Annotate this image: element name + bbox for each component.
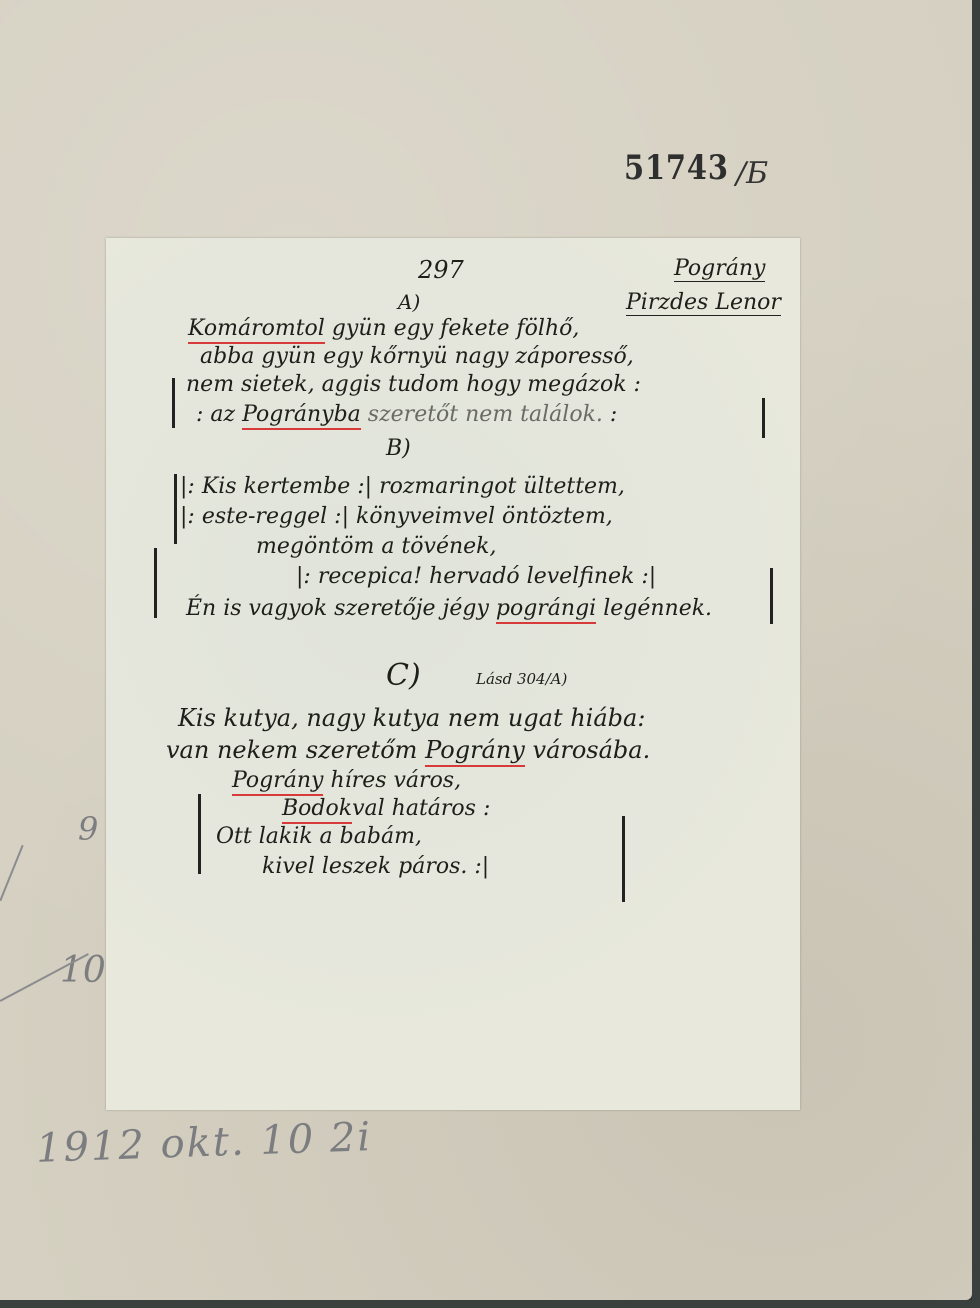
song-line: abba gyün egy kőrnyü nagy záporesső, bbox=[200, 344, 634, 369]
cross-reference: Lásd 304/A) bbox=[476, 670, 567, 688]
song-line: |: recepica! hervadó levelfinek :| bbox=[296, 564, 656, 589]
song-line: van nekem szeretőm Pográny városába. bbox=[166, 736, 650, 764]
underlined-word: Komáromtol bbox=[188, 316, 325, 344]
song-line: : az Pogrányba szeretőt nem találok. : bbox=[196, 402, 617, 427]
repeat-bar bbox=[154, 548, 157, 618]
song-line: Komáromtol gyün egy fekete fölhő, bbox=[188, 316, 579, 341]
archive-stamp-suffix: /Б bbox=[736, 156, 768, 191]
song-line: Én is vagyok szeretője jégy pográngi leg… bbox=[186, 596, 712, 621]
repeat-bar bbox=[174, 474, 177, 544]
song-line: nem sietek, aggis tudom hogy megázok : bbox=[186, 372, 641, 397]
underlined-word: Bodok bbox=[282, 796, 352, 824]
collector-name: Pirzdes Lenor bbox=[626, 290, 781, 316]
song-line: Bodokval határos : bbox=[282, 796, 490, 821]
page-number: 297 bbox=[418, 256, 464, 284]
frame-edge bbox=[0, 1300, 980, 1308]
mounting-board: 51743 /Б 9 10 1912 okt. 10 2i 297 Pográn… bbox=[0, 0, 972, 1300]
repeat-bar bbox=[622, 816, 625, 902]
archive-stamp-number: 51743 bbox=[624, 148, 729, 188]
repeat-bar bbox=[172, 378, 175, 428]
song-line: kivel leszek páros. :| bbox=[262, 854, 489, 879]
underlined-word: Pográny bbox=[425, 736, 525, 767]
pencil-side-mark: 9 bbox=[78, 810, 98, 848]
underlined-word: Pogrányba bbox=[242, 402, 361, 430]
place-name: Pográny bbox=[674, 256, 765, 282]
section-label-a: A) bbox=[398, 290, 420, 314]
song-line: Pográny híres város, bbox=[232, 768, 461, 793]
song-line: megöntöm a tövének, bbox=[256, 534, 496, 559]
section-label-b: B) bbox=[386, 436, 411, 461]
underlined-word: Pográny bbox=[232, 768, 323, 796]
song-line: Kis kutya, nagy kutya nem ugat hiába: bbox=[178, 704, 645, 732]
song-line: |: este-reggel :| könyveimvel öntöztem, bbox=[180, 504, 613, 529]
underlined-word: pográngi bbox=[496, 596, 596, 624]
manuscript-sheet: 297 Pográny Pirzdes Lenor A) Komáromtol … bbox=[106, 238, 800, 1110]
pencil-bottom-note: 1912 okt. 10 2i bbox=[35, 1114, 373, 1172]
section-label-c: C) bbox=[386, 658, 421, 693]
repeat-bar bbox=[770, 568, 773, 624]
repeat-bar bbox=[762, 398, 765, 438]
repeat-bar bbox=[198, 794, 201, 874]
song-line: |: Kis kertembe :| rozmaringot ültettem, bbox=[180, 474, 625, 499]
song-line: Ott lakik a babám, bbox=[216, 824, 422, 849]
frame-edge bbox=[972, 0, 980, 1308]
pencil-stroke bbox=[0, 845, 23, 901]
